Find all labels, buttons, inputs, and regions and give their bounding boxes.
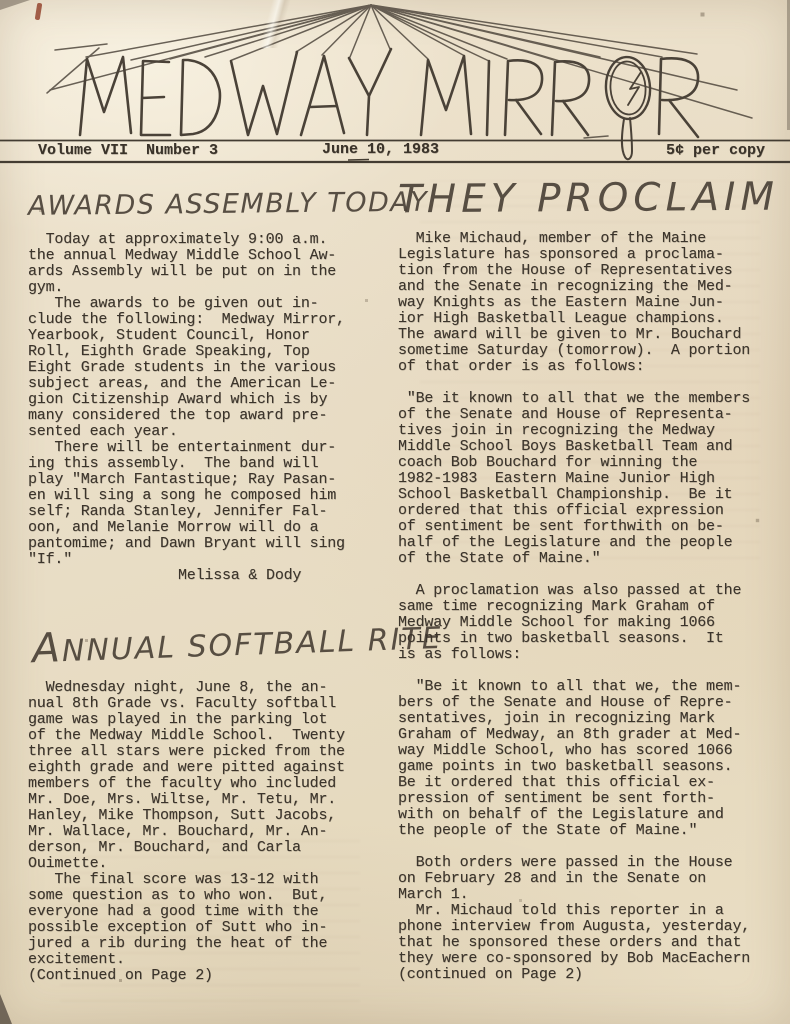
softball-continued-notice: (Continued on Page 2) [28, 968, 388, 984]
right-column: THEY PROCLAIM Mike Michaud, member of th… [398, 176, 776, 983]
volume-label: Volume VII Number 3 [38, 142, 218, 159]
proclaim-article-body: Mike Michaud, member of the Maine Legisl… [398, 231, 776, 967]
headline-annual-softball-rite: ANNUAL SOFTBALL RITE [31, 612, 388, 672]
paper-crease [208, 0, 338, 48]
mirror-glint-icon [628, 72, 641, 105]
headline-awards-assembly: AWARDS ASSEMBLY TODAY [28, 187, 388, 222]
scan-edge-artifact [0, 994, 12, 1024]
softball-article-body: Wednesday night, June 8, the an- nual 8t… [28, 680, 388, 968]
headline-they-proclaim: THEY PROCLAIM [398, 175, 776, 223]
price-label: 5¢ per copy [666, 142, 765, 159]
paper-specks [0, 0, 1, 1]
left-column: AWARDS ASSEMBLY TODAY Today at approxima… [28, 183, 388, 984]
volume-row: Volume VII Number 3 June 10, 1983 5¢ per… [0, 141, 790, 161]
scanned-newsletter-page: MEDWAY MIRROR Volume VII Number 3 June 1… [0, 0, 790, 1024]
awards-article-byline: Melissa & Dody [28, 568, 388, 584]
issue-date: June 10, 1983 [322, 141, 439, 158]
proclaim-continued-notice: (continued on Page 2) [398, 967, 776, 983]
awards-article-body: Today at approximately 9:00 a.m. the ann… [28, 232, 388, 568]
